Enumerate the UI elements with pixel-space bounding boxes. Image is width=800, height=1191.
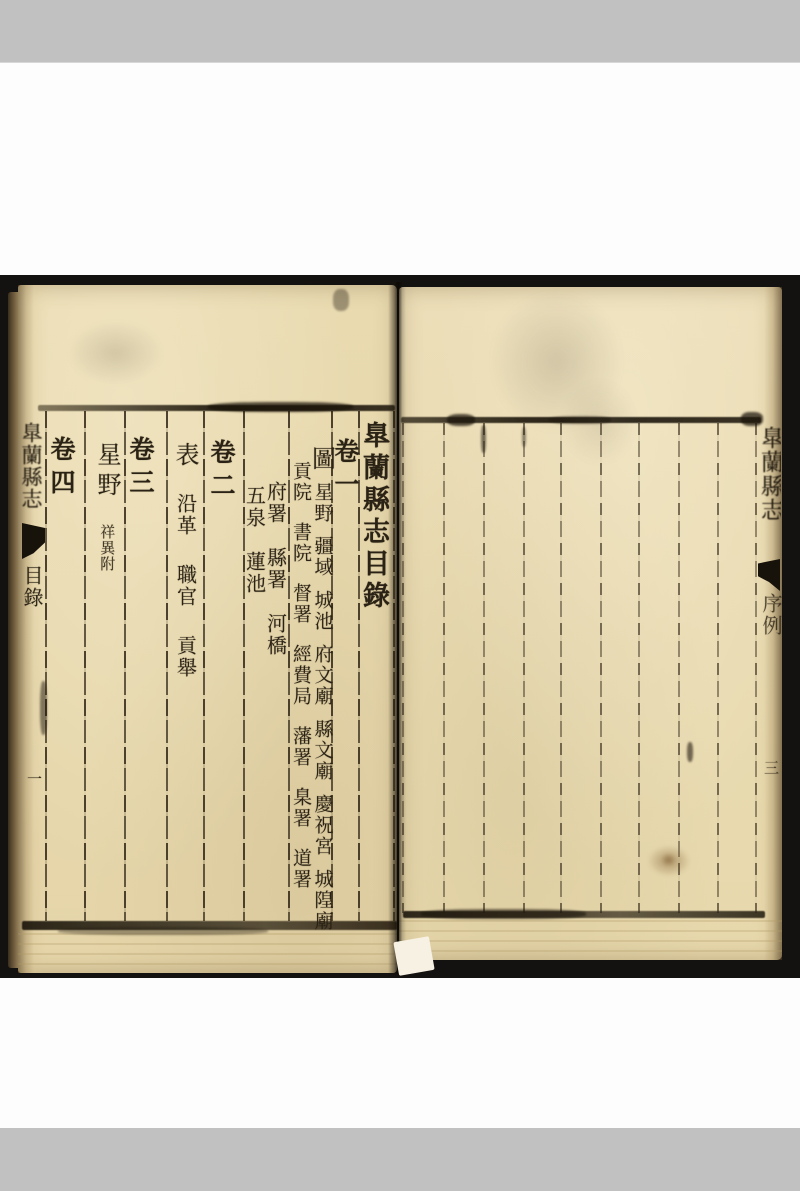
volume3-entry: 星野 bbox=[95, 442, 119, 502]
toc-entry: 貢舉 bbox=[175, 635, 196, 679]
ink-smudge bbox=[549, 416, 611, 424]
ink-smudge bbox=[481, 425, 486, 453]
paper-stain bbox=[661, 853, 676, 866]
volume1-category: 圖 bbox=[310, 446, 334, 470]
toc-title: 臯蘭縣志目錄 bbox=[360, 421, 387, 613]
spine-book-title: 臯蘭縣志 bbox=[20, 422, 41, 510]
toc-entry: 經費局 bbox=[290, 644, 310, 707]
toc-entry: 河橋 bbox=[265, 613, 286, 657]
volume4-heading: 卷四 bbox=[49, 436, 74, 502]
toc-entry: 縣署 bbox=[265, 547, 286, 591]
top-white-margin bbox=[0, 62, 800, 275]
column-rule bbox=[166, 411, 168, 921]
top-gray-matte bbox=[0, 0, 800, 62]
page-edge-stack bbox=[18, 933, 397, 973]
spine-section-label: 序例 bbox=[761, 593, 781, 637]
toc-entry: 書院 bbox=[290, 522, 310, 564]
spine-section-label: 目錄 bbox=[22, 565, 42, 609]
toc-entry: 府署 bbox=[265, 481, 286, 525]
ink-smudge bbox=[741, 412, 763, 426]
volume2-column: 表 沿革職官貢舉 bbox=[170, 442, 200, 679]
toc-entry: 五泉 bbox=[244, 485, 265, 529]
right-page-blank: 臯蘭縣志 序例 三 bbox=[399, 287, 782, 960]
column-rule bbox=[523, 423, 525, 913]
volume2-heading: 卷二 bbox=[209, 439, 234, 505]
toc-entry: 沿革 bbox=[175, 493, 196, 537]
right-spine-clip: 臯蘭縣志 bbox=[756, 426, 781, 576]
volume1-heading: 卷一 bbox=[333, 438, 358, 504]
column-rule bbox=[638, 423, 640, 913]
center-fold-shadow bbox=[388, 282, 406, 974]
scanned-book-photo: 臯蘭縣志 目錄 一 臯蘭縣志目錄 卷一 圖 星野疆域城池府文廟縣文廟慶祝宮城隍廟… bbox=[0, 0, 800, 1191]
column-rule bbox=[678, 423, 680, 913]
ink-smudge bbox=[333, 289, 349, 311]
ink-smudge bbox=[522, 427, 526, 447]
toc-entry: 府文廟 bbox=[312, 644, 332, 707]
ink-smudge bbox=[208, 402, 353, 412]
volume2-category: 表 bbox=[173, 442, 197, 466]
paper-chip bbox=[393, 936, 434, 976]
volume1-column1-left: 貢院書院督署經費局藩署臬署道署 bbox=[290, 461, 310, 890]
toc-entry: 貢院 bbox=[290, 461, 310, 503]
toc-entry: 疆域 bbox=[312, 536, 332, 578]
column-rule bbox=[443, 423, 445, 913]
page-edge-stack bbox=[399, 920, 782, 960]
toc-entry: 星野 bbox=[312, 482, 332, 524]
column-rule bbox=[560, 423, 562, 913]
toc-entry: 道署 bbox=[290, 848, 310, 890]
spine-folio-number: 三 bbox=[763, 760, 778, 775]
spine-book-title: 臯蘭縣志 bbox=[758, 426, 781, 522]
column-rule bbox=[483, 423, 485, 913]
bottom-gray-matte bbox=[0, 1128, 800, 1191]
ink-smudge bbox=[58, 927, 268, 935]
ink-smudge bbox=[447, 414, 475, 426]
toc-entry: 城隍廟 bbox=[312, 869, 332, 932]
volume3-appendix-note: 祥異附 bbox=[99, 524, 116, 572]
volume1-column2-left: 五泉蓮池 bbox=[244, 485, 264, 595]
toc-entry: 督署 bbox=[290, 583, 310, 625]
toc-entry: 藩署 bbox=[290, 726, 310, 768]
column-rule bbox=[203, 411, 205, 921]
volume1-column1-right: 圖 星野疆域城池府文廟縣文廟慶祝宮城隍廟 bbox=[311, 446, 332, 932]
toc-entry: 職官 bbox=[175, 564, 196, 608]
paper-stain bbox=[68, 321, 163, 385]
ink-smudge bbox=[421, 909, 586, 919]
toc-entry: 慶祝宮 bbox=[312, 794, 332, 857]
toc-entry: 城池 bbox=[312, 590, 332, 632]
left-fold-shading bbox=[18, 285, 48, 973]
column-rule bbox=[600, 423, 602, 913]
spine-folio-number: 一 bbox=[26, 771, 41, 786]
column-rule bbox=[84, 411, 86, 921]
volume1-column2-right: 府署縣署河橋 bbox=[264, 481, 286, 657]
ink-smudge bbox=[687, 742, 693, 762]
volume3-heading: 卷三 bbox=[128, 436, 153, 502]
toc-entry: 蓮池 bbox=[244, 551, 265, 595]
bottom-white-margin bbox=[0, 978, 800, 1128]
ink-smudge bbox=[40, 681, 47, 735]
column-rule bbox=[717, 423, 719, 913]
volume3-column: 星野 祥異附 bbox=[92, 442, 122, 572]
toc-entry: 臬署 bbox=[290, 787, 310, 829]
toc-entry: 縣文廟 bbox=[312, 719, 332, 782]
left-page-toc: 臯蘭縣志 目錄 一 臯蘭縣志目錄 卷一 圖 星野疆域城池府文廟縣文廟慶祝宮城隍廟… bbox=[18, 285, 397, 973]
